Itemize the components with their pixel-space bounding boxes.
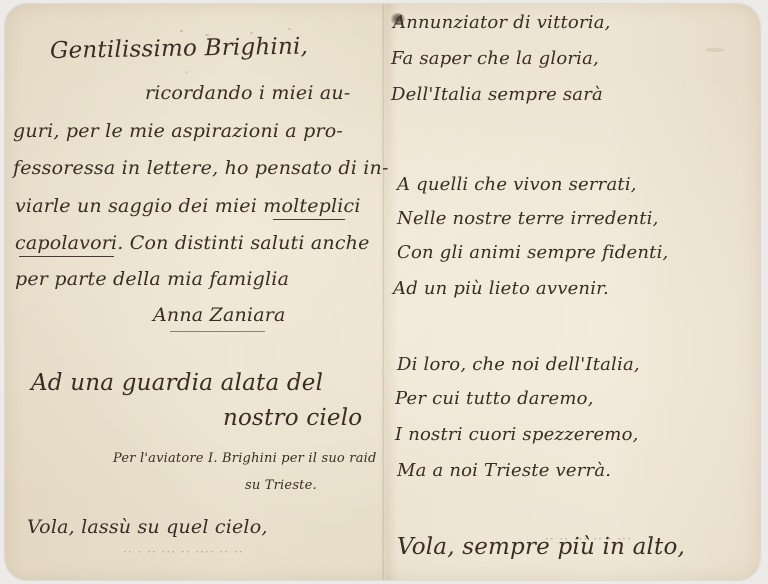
poem-title-line: Ad una guardia alata del xyxy=(31,370,323,396)
stanza-3-line: Per cui tutto daremo, xyxy=(395,388,594,409)
letter-line: ricordando i miei au- xyxy=(145,82,350,104)
poem-title-line: nostro cielo xyxy=(223,405,362,431)
paper-speck xyxy=(180,30,183,32)
center-fold xyxy=(382,4,385,580)
stanza-2-line: Ad un più lieto avvenir. xyxy=(393,278,609,299)
closing-line: Vola, sempre più in alto, xyxy=(397,534,685,560)
underline-molteplici xyxy=(273,219,345,220)
letter-line: capolavori. Con distinti saluti anche xyxy=(15,232,370,254)
stanza-2-line: A quelli che vivon serrati, xyxy=(397,174,637,195)
stanza-2-line: Con gli animi sempre fidenti, xyxy=(397,242,668,263)
dedication-line: su Trieste. xyxy=(245,478,317,493)
letter-line: viarle un saggio dei miei molteplici xyxy=(15,195,361,217)
paper-speck xyxy=(705,48,725,52)
underline-capolavori xyxy=(19,256,114,257)
letter-line: fessoressa in lettere, ho pensato di in- xyxy=(13,157,389,179)
letter-line: per parte della mia famiglia xyxy=(15,268,289,290)
bleed-through-text: ·· · ·· ··· ·· ···· ·· ·· xyxy=(123,545,243,559)
letter-sheet: Gentilissimo Brighini, ricordando i miei… xyxy=(5,4,760,580)
stanza-1-line: Annunziator di vittoria, xyxy=(393,12,611,33)
paper-speck xyxy=(288,28,291,30)
stanza-3-line: I nostri cuori spezzeremo, xyxy=(395,424,639,445)
bleed-through-text: ·· ·· ··· ·· · ··· xyxy=(545,532,632,546)
paper-speck xyxy=(185,71,188,74)
stanza-2-line: Nelle nostre terre irredenti, xyxy=(397,208,659,229)
signature-flourish xyxy=(170,331,265,332)
stanza-1-line: Fa saper che la gloria, xyxy=(391,48,599,69)
dedication-line: Per l'aviatore I. Brighini per il suo ra… xyxy=(113,451,377,466)
letter-line: guri, per le mie aspirazioni a pro- xyxy=(13,120,343,142)
signature: Anna Zaniara xyxy=(153,304,286,326)
stanza-3-line: Ma a noi Trieste verrà. xyxy=(397,460,611,481)
stanza-1-line: Dell'Italia sempre sarà xyxy=(391,84,603,105)
poem-first-line: Vola, lassù su quel cielo, xyxy=(27,516,268,538)
stanza-3-line: Di loro, che noi dell'Italia, xyxy=(397,354,640,375)
salutation: Gentilissimo Brighini, xyxy=(50,33,308,64)
